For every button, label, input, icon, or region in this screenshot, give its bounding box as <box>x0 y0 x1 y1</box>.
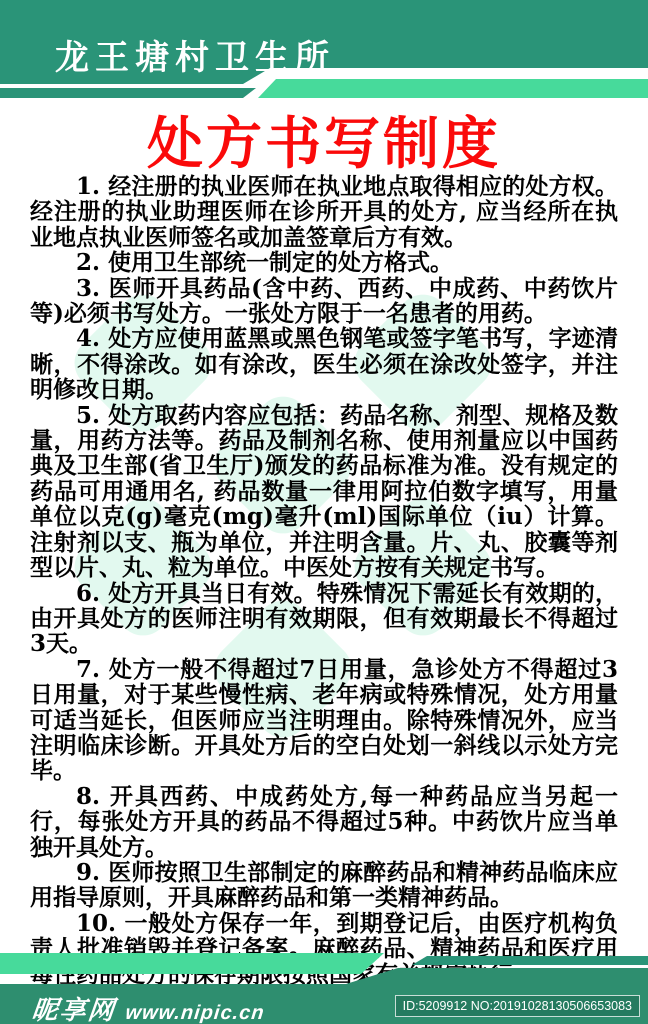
clinic-name: 龙王塘村卫生所 <box>55 30 335 79</box>
poster-title: 处方书写制度 <box>0 100 648 180</box>
footer-stripe-dark <box>412 956 648 965</box>
rule-item-3: 3. 医师开具药品(含中药、西药、中成药、中药饮片等)必须书写处方。一张处方限于… <box>30 276 618 327</box>
site-url: www.nipic.cn <box>124 1002 265 1024</box>
site-logo: 昵享网 www.nipic.cn <box>30 990 267 1024</box>
id-badge: ID:5209912 NO:20191028130506653083 <box>395 995 640 1017</box>
rule-item-1: 1. 经注册的执业医师在执业地点取得相应的处方权。经注册的执业助理医师在诊所开具… <box>30 174 618 250</box>
rule-item-4: 4. 处方应使用蓝黑或黑色钢笔或签字笔书写，字迹清晰，不得涂改。如有涂改，医生必… <box>30 326 618 402</box>
rule-item-7: 7. 处方一般不得超过7日用量，急诊处方不得超过3日用量，对于某些慢性病、老年病… <box>30 657 618 784</box>
rule-item-9: 9. 医师按照卫生部制定的麻醉药品和精神药品临床应用指导原则，开具麻醉药品和第一… <box>30 860 618 911</box>
rules-list: 1. 经注册的执业医师在执业地点取得相应的处方权。经注册的执业助理医师在诊所开具… <box>30 174 618 987</box>
rule-item-5: 5. 处方取药内容应包括：药品名称、剂型、规格及数量，用药方法等。药品及制剂名称… <box>30 403 618 581</box>
rule-item-8: 8. 开具西药、中成药处方,每一种药品应当另起一行，每张处方开具的药品不得超过5… <box>30 784 618 860</box>
rule-item-6: 6. 处方开具当日有效。特殊情况下需延长有效期的，由开具处方的医师注明有效期限，… <box>30 581 618 657</box>
footer-stripe-mint <box>0 953 384 974</box>
header-stripe-mint <box>258 79 648 98</box>
rule-item-2: 2. 使用卫生部统一制定的处方格式。 <box>30 250 618 275</box>
header-stripe-dark <box>0 88 256 98</box>
site-name: 昵享网 <box>30 990 118 1024</box>
poster-page: 龙王塘村卫生所 处方书写制度 1. 经注册的执业医师在执业地点取得相应的处方权。… <box>0 0 648 1024</box>
